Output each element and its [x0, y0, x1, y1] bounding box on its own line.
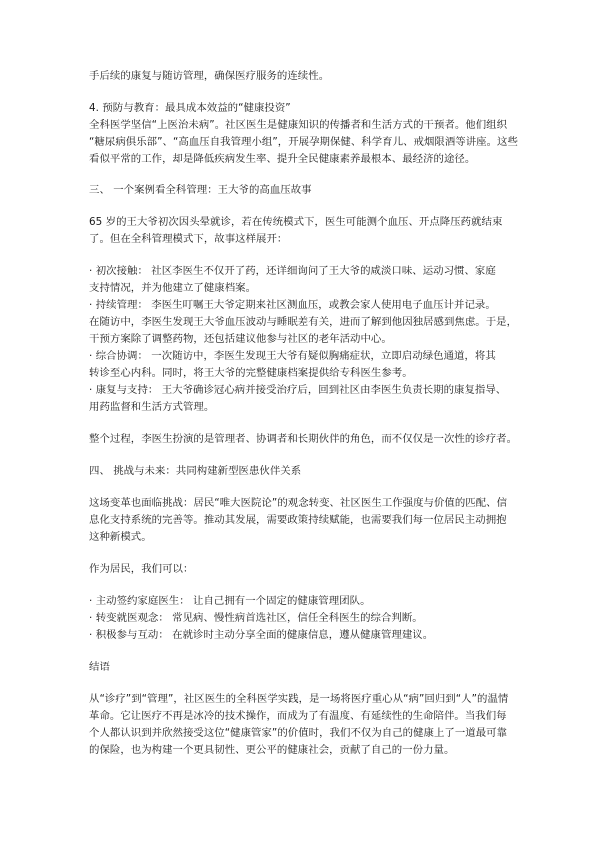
case-item-coordination: · 综合协调： 一次随访中，李医生发现王大爷有疑似胸痛症状，立即启动绿色通道，将… — [89, 348, 509, 382]
conclusion-heading: 结语 — [89, 659, 509, 676]
case-item-line: · 综合协调： 一次随访中，李医生发现王大爷有疑似胸痛症状，立即启动绿色通道，将… — [89, 348, 509, 365]
case-item-line: 在随访中，李医生发现王大爷血压波动与睡眠差有关，进而了解到他因独居感到焦虑。于是… — [89, 314, 509, 331]
part3-heading: 三、 一个案例看全科管理：王大爷的高血压故事 — [89, 182, 509, 199]
case-item-line: · 康复与支持： 王大爷确诊冠心病并接受治疗后，回到社区由李医生负责长期的康复指… — [89, 382, 509, 399]
case-item-line: · 持续管理： 李医生叮嘱王大爷定期来社区测血压，或教会家人使用电子血压计并记录… — [89, 297, 509, 314]
conclusion-line: 革命。它让医疗不再是冰冷的技术操作，而成为了有温度、有延续性的生命陪伴。当我们每 — [89, 708, 509, 725]
section4-heading: 4. 预防与教育：最具成本效益的“健康投资” — [89, 100, 509, 117]
part4-line: 息化支持系统的完善等。推动其发展，需要政策持续赋能，也需要我们每一位居民主动拥抱 — [89, 512, 509, 529]
case-item-line: · 初次接触： 社区李医生不仅开了药，还详细询问了王大爷的咸淡口味、运动习惯、家… — [89, 263, 509, 280]
resident-item-sign-family-doctor: · 主动签约家庭医生： 让自己拥有一个固定的健康管理团队。 — [89, 593, 509, 610]
paragraph-continuation: 手后续的康复与随访管理，确保医疗服务的连续性。 — [89, 68, 509, 85]
part4-line: 这场变革也面临挑战：居民“唯大医院论”的观念转变、社区医生工作强度与价值的匹配、… — [89, 495, 509, 512]
residents-intro: 作为居民，我们可以： — [89, 561, 509, 578]
case-item-rehab-support: · 康复与支持： 王大爷确诊冠心病并接受治疗后，回到社区由李医生负责长期的康复指… — [89, 382, 509, 416]
section4-line: 全科医学坚信“上医治未病”。社区医生是健康知识的传播者和生活方式的干预者。他们组… — [89, 117, 509, 134]
conclusion-line: 个人都认识到并欣然接受这位“健康管家”的价值时，我们不仅为自己的健康上了一道最可… — [89, 725, 509, 742]
part3-intro-line: 了。但在全科管理模式下，故事这样展开： — [89, 231, 509, 248]
case-item-initial-contact: · 初次接触： 社区李医生不仅开了药，还详细询问了王大爷的咸淡口味、运动习惯、家… — [89, 263, 509, 297]
part4-line: 这种新模式。 — [89, 529, 509, 546]
section4-line: 看似平常的工作，却是降低疾病发生率、提升全民健康素养最根本、最经济的途径。 — [89, 151, 509, 168]
document-page: 手后续的康复与随访管理，确保医疗服务的连续性。 4. 预防与教育：最具成本效益的… — [89, 68, 509, 759]
case-item-line: 转诊至心内科。同时，将王大爷的完整健康档案提供给专科医生参考。 — [89, 365, 509, 382]
conclusion-line: 的保险，也为构建一个更具韧性、更公平的健康社会，贡献了自己的一份力量。 — [89, 742, 509, 759]
resident-item-participate: · 积极参与互动： 在就诊时主动分享全面的健康信息，遵从健康管理建议。 — [89, 627, 509, 644]
case-item-line: 干预方案除了调整药物，还包括建议他参与社区的老年活动中心。 — [89, 331, 509, 348]
part3-intro-line: 65 岁的王大爷初次因头晕就诊，若在传统模式下，医生可能测个血压、开点降压药就结… — [89, 214, 509, 231]
conclusion-line: 从“诊疗”到“管理”，社区医生的全科医学实践，是一场将医疗重心从“病”回归到“人… — [89, 691, 509, 708]
case-summary: 整个过程，李医生扮演的是管理者、协调者和长期伙伴的角色，而不仅仅是一次性的诊疗者… — [89, 431, 509, 448]
section4-line: “糖尿病俱乐部”、“高血压自我管理小组”，开展孕期保健、科学育儿、戒烟限酒等讲座… — [89, 134, 509, 151]
case-item-line: 支持情况，并为他建立了健康档案。 — [89, 280, 509, 297]
part4-heading: 四、 挑战与未来：共同构建新型医患伙伴关系 — [89, 463, 509, 480]
case-item-line: 用药监督和生活方式管理。 — [89, 399, 509, 416]
resident-item-change-concept: · 转变就医观念： 常见病、慢性病首选社区，信任全科医生的综合判断。 — [89, 610, 509, 627]
case-item-continuous-management: · 持续管理： 李医生叮嘱王大爷定期来社区测血压，或教会家人使用电子血压计并记录… — [89, 297, 509, 348]
